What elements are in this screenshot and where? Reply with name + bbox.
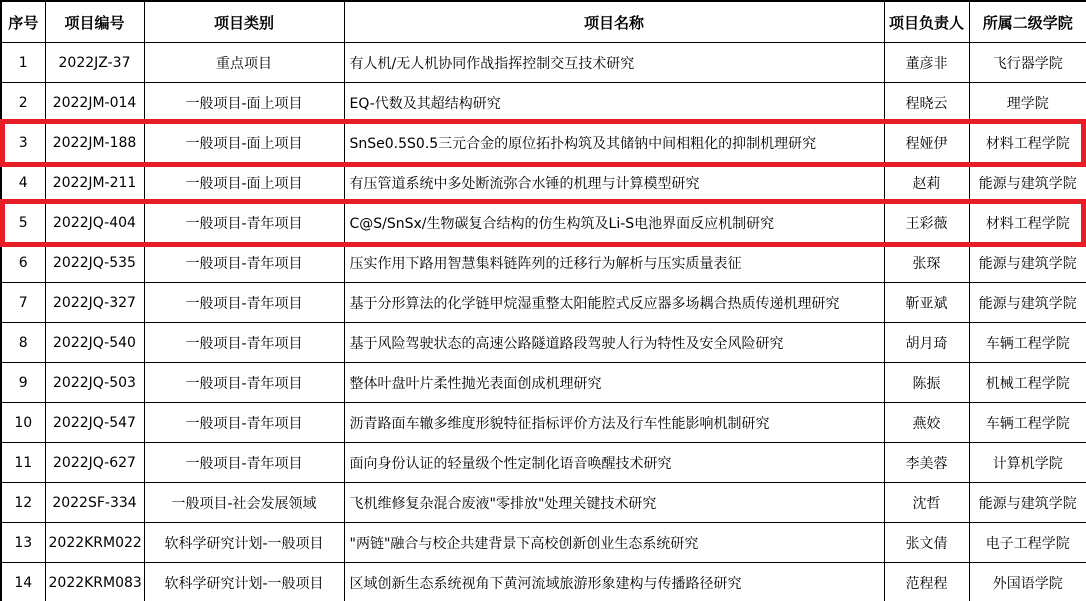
cell-category: 一般项目-青年项目	[144, 403, 344, 443]
table-row: 82022JQ-540一般项目-青年项目基于风险驾驶状态的高速公路隧道路段驾驶人…	[1, 323, 1086, 363]
cell-leader: 陈振	[884, 363, 969, 403]
cell-college: 外国语学院	[969, 563, 1086, 601]
cell-name: EQ-代数及其超结构研究	[344, 83, 884, 123]
cell-name: C@S/SnSx/生物碳复合结构的仿生构筑及Li-S电池界面反应机制研究	[344, 203, 884, 243]
cell-college: 能源与建筑学院	[969, 163, 1086, 203]
cell-index: 9	[1, 363, 45, 403]
cell-name: SnSe0.5S0.5三元合金的原位拓扑构筑及其储钠中间相粗化的抑制机理研究	[344, 123, 884, 163]
project-table: 序号 项目编号 项目类别 项目名称 项目负责人 所属二级学院 12022JZ-3…	[0, 0, 1086, 601]
cell-leader: 张文倩	[884, 523, 969, 563]
cell-name: 有人机/无人机协同作战指挥控制交互技术研究	[344, 43, 884, 83]
table-row: 12022JZ-37重点项目有人机/无人机协同作战指挥控制交互技术研究董彦非飞行…	[1, 43, 1086, 83]
cell-category: 一般项目-青年项目	[144, 443, 344, 483]
cell-code: 2022JQ-404	[45, 203, 144, 243]
cell-leader: 王彩薇	[884, 203, 969, 243]
cell-college: 材料工程学院	[969, 123, 1086, 163]
cell-college: 材料工程学院	[969, 203, 1086, 243]
table-row: 92022JQ-503一般项目-青年项目整体叶盘叶片柔性抛光表面创成机理研究陈振…	[1, 363, 1086, 403]
cell-name: 有压管道系统中多处断流弥合水锤的机理与计算模型研究	[344, 163, 884, 203]
cell-leader: 沈哲	[884, 483, 969, 523]
cell-name: 压实作用下路用智慧集料链阵列的迁移行为解析与压实质量表征	[344, 243, 884, 283]
cell-index: 13	[1, 523, 45, 563]
col-header-code: 项目编号	[45, 1, 144, 43]
cell-name: 整体叶盘叶片柔性抛光表面创成机理研究	[344, 363, 884, 403]
cell-name: 基于风险驾驶状态的高速公路隧道路段驾驶人行为特性及安全风险研究	[344, 323, 884, 363]
cell-code: 2022SF-334	[45, 483, 144, 523]
cell-college: 能源与建筑学院	[969, 483, 1086, 523]
table-row: 32022JM-188一般项目-面上项目SnSe0.5S0.5三元合金的原位拓扑…	[1, 123, 1086, 163]
cell-category: 一般项目-面上项目	[144, 83, 344, 123]
cell-code: 2022JM-014	[45, 83, 144, 123]
cell-index: 14	[1, 563, 45, 601]
cell-index: 2	[1, 83, 45, 123]
cell-category: 重点项目	[144, 43, 344, 83]
col-header-college: 所属二级学院	[969, 1, 1086, 43]
cell-code: 2022JQ-327	[45, 283, 144, 323]
cell-category: 一般项目-面上项目	[144, 123, 344, 163]
cell-code: 2022JM-211	[45, 163, 144, 203]
cell-code: 2022JM-188	[45, 123, 144, 163]
cell-code: 2022JQ-540	[45, 323, 144, 363]
cell-leader: 程娅伊	[884, 123, 969, 163]
table-body: 12022JZ-37重点项目有人机/无人机协同作战指挥控制交互技术研究董彦非飞行…	[1, 43, 1086, 601]
table-row: 72022JQ-327一般项目-青年项目基于分形算法的化学链甲烷湿重整太阳能腔式…	[1, 283, 1086, 323]
cell-code: 2022KRM022	[45, 523, 144, 563]
cell-leader: 程晓云	[884, 83, 969, 123]
cell-index: 5	[1, 203, 45, 243]
cell-index: 3	[1, 123, 45, 163]
cell-code: 2022JQ-627	[45, 443, 144, 483]
cell-code: 2022JQ-503	[45, 363, 144, 403]
cell-college: 理学院	[969, 83, 1086, 123]
cell-college: 电子工程学院	[969, 523, 1086, 563]
cell-index: 1	[1, 43, 45, 83]
cell-college: 能源与建筑学院	[969, 243, 1086, 283]
cell-leader: 李美蓉	[884, 443, 969, 483]
cell-index: 12	[1, 483, 45, 523]
table-row: 102022JQ-547一般项目-青年项目沥青路面车辙多维度形貌特征指标评价方法…	[1, 403, 1086, 443]
cell-college: 计算机学院	[969, 443, 1086, 483]
cell-leader: 范程程	[884, 563, 969, 601]
table-row: 22022JM-014一般项目-面上项目EQ-代数及其超结构研究程晓云理学院	[1, 83, 1086, 123]
cell-index: 11	[1, 443, 45, 483]
cell-code: 2022JZ-37	[45, 43, 144, 83]
cell-college: 车辆工程学院	[969, 403, 1086, 443]
table-row: 52022JQ-404一般项目-青年项目C@S/SnSx/生物碳复合结构的仿生构…	[1, 203, 1086, 243]
table-row: 62022JQ-535一般项目-青年项目压实作用下路用智慧集料链阵列的迁移行为解…	[1, 243, 1086, 283]
cell-name: 面向身份认证的轻量级个性定制化语音唤醒技术研究	[344, 443, 884, 483]
cell-college: 能源与建筑学院	[969, 283, 1086, 323]
table-row: 142022KRM083软科学研究计划-一般项目区域创新生态系统视角下黄河流域旅…	[1, 563, 1086, 601]
col-header-index: 序号	[1, 1, 45, 43]
cell-leader: 胡月琦	[884, 323, 969, 363]
cell-category: 一般项目-社会发展领域	[144, 483, 344, 523]
cell-category: 一般项目-青年项目	[144, 243, 344, 283]
cell-category: 一般项目-青年项目	[144, 283, 344, 323]
table-row: 122022SF-334一般项目-社会发展领域飞机维修复杂混合废液"零排放"处理…	[1, 483, 1086, 523]
cell-leader: 赵莉	[884, 163, 969, 203]
cell-leader: 燕姣	[884, 403, 969, 443]
cell-category: 一般项目-青年项目	[144, 203, 344, 243]
cell-leader: 靳亚斌	[884, 283, 969, 323]
cell-name: "两链"融合与校企共建背景下高校创新创业生态系统研究	[344, 523, 884, 563]
table-row: 112022JQ-627一般项目-青年项目面向身份认证的轻量级个性定制化语音唤醒…	[1, 443, 1086, 483]
cell-college: 车辆工程学院	[969, 323, 1086, 363]
cell-category: 一般项目-青年项目	[144, 323, 344, 363]
cell-leader: 董彦非	[884, 43, 969, 83]
cell-category: 软科学研究计划-一般项目	[144, 523, 344, 563]
col-header-name: 项目名称	[344, 1, 884, 43]
cell-college: 机械工程学院	[969, 363, 1086, 403]
col-header-leader: 项目负责人	[884, 1, 969, 43]
cell-code: 2022KRM083	[45, 563, 144, 601]
cell-category: 一般项目-面上项目	[144, 163, 344, 203]
cell-index: 4	[1, 163, 45, 203]
cell-index: 8	[1, 323, 45, 363]
cell-leader: 张琛	[884, 243, 969, 283]
project-list-document: 序号 项目编号 项目类别 项目名称 项目负责人 所属二级学院 12022JZ-3…	[0, 0, 1086, 601]
table-row: 42022JM-211一般项目-面上项目有压管道系统中多处断流弥合水锤的机理与计…	[1, 163, 1086, 203]
cell-category: 软科学研究计划-一般项目	[144, 563, 344, 601]
cell-name: 沥青路面车辙多维度形貌特征指标评价方法及行车性能影响机制研究	[344, 403, 884, 443]
cell-code: 2022JQ-547	[45, 403, 144, 443]
table-header-row: 序号 项目编号 项目类别 项目名称 项目负责人 所属二级学院	[1, 1, 1086, 43]
cell-code: 2022JQ-535	[45, 243, 144, 283]
cell-name: 基于分形算法的化学链甲烷湿重整太阳能腔式反应器多场耦合热质传递机理研究	[344, 283, 884, 323]
cell-category: 一般项目-青年项目	[144, 363, 344, 403]
cell-index: 10	[1, 403, 45, 443]
table-row: 132022KRM022软科学研究计划-一般项目"两链"融合与校企共建背景下高校…	[1, 523, 1086, 563]
cell-index: 6	[1, 243, 45, 283]
col-header-category: 项目类别	[144, 1, 344, 43]
cell-index: 7	[1, 283, 45, 323]
cell-name: 区域创新生态系统视角下黄河流域旅游形象建构与传播路径研究	[344, 563, 884, 601]
cell-name: 飞机维修复杂混合废液"零排放"处理关键技术研究	[344, 483, 884, 523]
cell-college: 飞行器学院	[969, 43, 1086, 83]
